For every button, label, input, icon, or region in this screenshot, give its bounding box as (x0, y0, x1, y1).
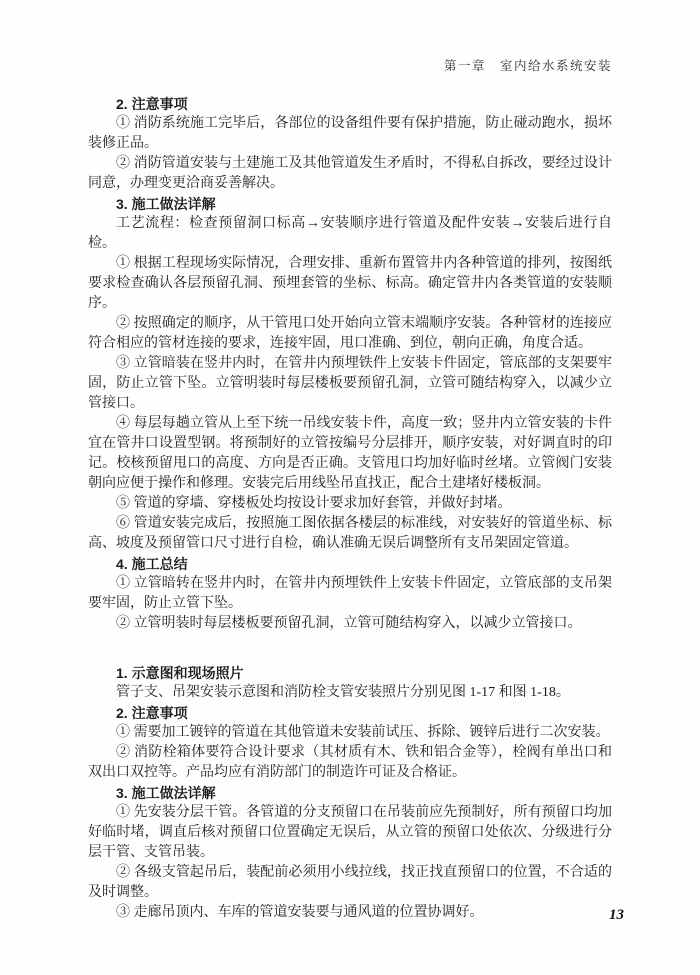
body-paragraph: ① 立管暗转在竖井内时，在管井内预埋铁件上安装卡件固定，立管底部的支吊架要牢固，… (88, 574, 612, 614)
running-header: 第一章 室内给水系统安装 (444, 56, 612, 74)
body-paragraph: ② 按照确定的顺序，从干管甩口处开始向立管末端顺序安装。各种管材的连接应符合相应… (88, 314, 612, 354)
document-page: 第一章 室内给水系统安装 2. 注意事项 ① 消防系统施工完毕后，各部位的设备组… (0, 0, 700, 975)
body-paragraph: ② 消防栓箱体要符合设计要求（其材质有木、铁和铝合金等），栓阀有单出口和双出口双… (88, 743, 612, 783)
section-heading: 4. 施工总结 (88, 554, 612, 574)
body-paragraph: 管子支、吊架安装示意图和消防栓支管安装照片分别见图 1-17 和图 1-18。 (88, 683, 612, 703)
body-paragraph: ③ 走廊吊顶内、车库的管道安装要与通风道的位置协调好。 (88, 903, 612, 923)
body-paragraph: ① 根据工程现场实际情况，合理安排、重新布置管井内各种管道的排列，按图纸要求检查… (88, 254, 612, 314)
body-paragraph: 工艺流程：检查预留洞口标高→安装顺序进行管道及配件安装→安装后进行自检。 (88, 214, 612, 254)
body-paragraph: ② 各级支管起吊后，装配前必须用小线拉线，找正找直预留口的位置，不合适的及时调整… (88, 863, 612, 903)
body-paragraph: ② 消防管道安装与土建施工及其他管道发生矛盾时，不得私自拆改，要经过设计同意，办… (88, 154, 612, 194)
section-heading: 2. 注意事项 (88, 703, 612, 723)
section-heading: 2. 注意事项 (88, 94, 612, 114)
page-number: 13 (609, 907, 624, 924)
body-paragraph: ② 立管明装时每层楼板要预留孔洞，立管可随结构穿入，以减少立管接口。 (88, 614, 612, 634)
body-paragraph: ① 先安装分层干管。各管道的分支预留口在吊装前应先预制好，所有预留口均加好临时堵… (88, 803, 612, 863)
body-paragraph: ① 需要加工镀锌的管道在其他管道未安装前试压、拆除、镀锌后进行二次安装。 (88, 723, 612, 743)
section-heading: 3. 施工做法详解 (88, 783, 612, 803)
body-paragraph: ③ 立管暗装在竖井内时，在管井内预埋铁件上安装卡件固定，管底部的支架要牢固，防止… (88, 354, 612, 414)
body-paragraph: ① 消防系统施工完毕后，各部位的设备组件要有保护措施，防止碰动跑水，损坏装修正品… (88, 114, 612, 154)
body-paragraph: ⑤ 管道的穿墙、穿楼板处均按设计要求加好套管，并做好封堵。 (88, 494, 612, 514)
section-heading: 1. 示意图和现场照片 (88, 663, 612, 683)
page-body-text: 2. 注意事项 ① 消防系统施工完毕后，各部位的设备组件要有保护措施，防止碰动跑… (88, 94, 612, 923)
section-heading: 3. 施工做法详解 (88, 194, 612, 214)
body-paragraph: ⑥ 管道安装完成后，按照施工图依据各楼层的标准线，对安装好的管道坐标、标高、坡度… (88, 514, 612, 554)
section-gap (88, 634, 612, 663)
body-paragraph: ④ 每层每趟立管从上至下统一吊线安装卡件，高度一致；竖井内立管安装的卡件宜在管井… (88, 414, 612, 494)
